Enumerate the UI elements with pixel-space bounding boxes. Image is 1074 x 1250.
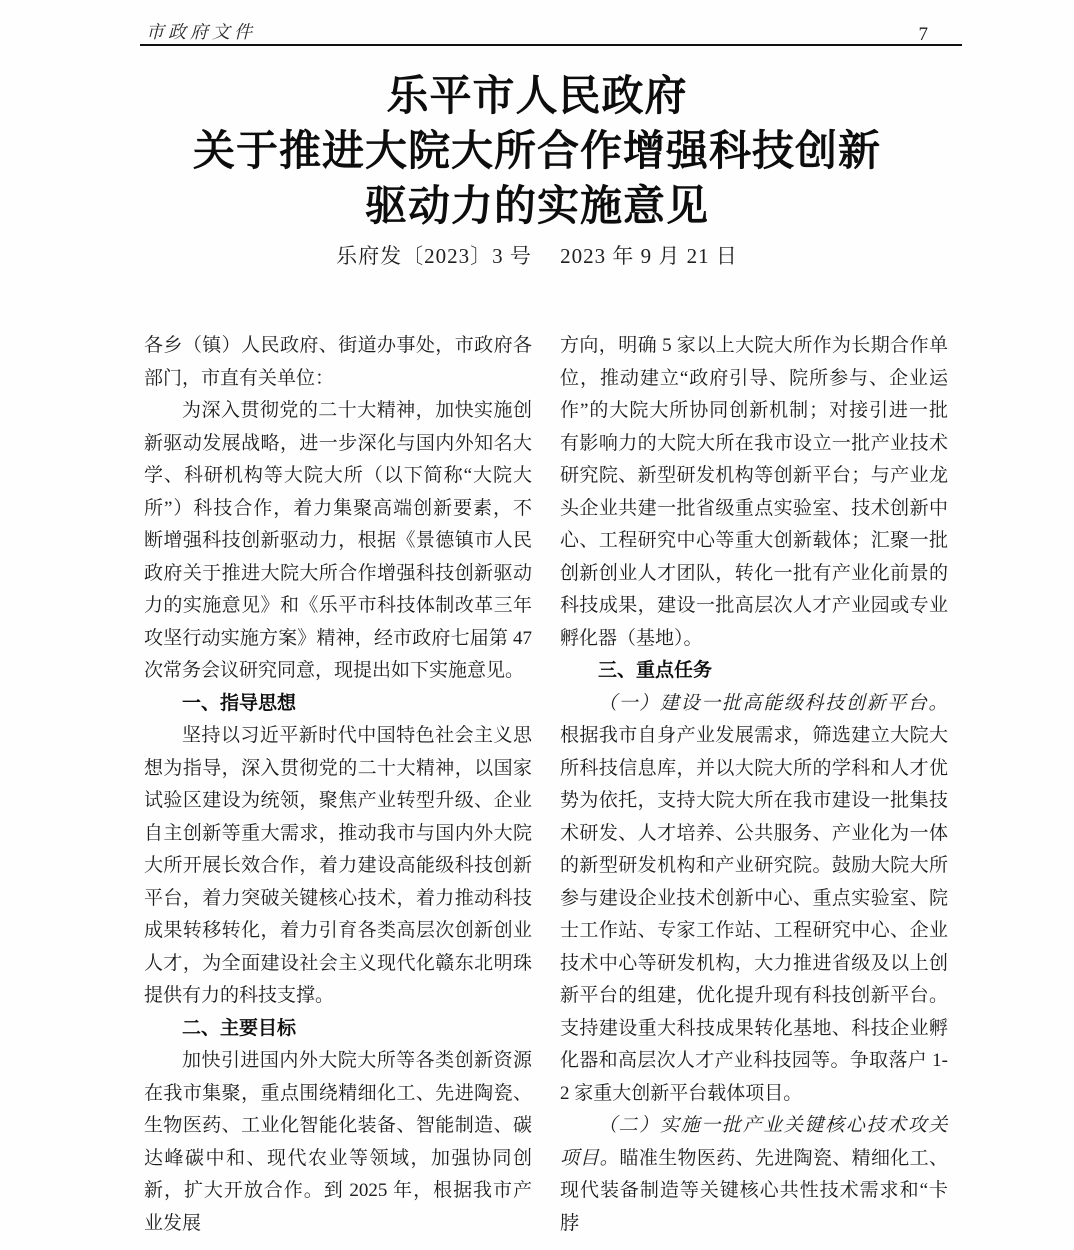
body-column-right: 方向，明确 5 家以上大院大所作为长期合作单位，推动建立“政府引导、院所参与、企…: [560, 330, 948, 1240]
running-header: 市政府文件 7: [140, 14, 962, 48]
item-lead-text: （一）建设一批高能级科技创新平台。: [598, 693, 948, 714]
body-column-left: 各乡（镇）人民政府、街道办事处，市政府各部门，市直有关单位：为深入贯彻党的二十大…: [144, 330, 532, 1240]
header-divider-rule: [140, 44, 962, 46]
section-heading: 一、指导思想: [144, 688, 532, 721]
body-paragraph: 方向，明确 5 家以上大院大所作为长期合作单位，推动建立“政府引导、院所参与、企…: [560, 330, 948, 655]
section-heading: 三、重点任务: [560, 655, 948, 688]
body-paragraph: 加快引进国内外大院大所等各类创新资源在我市集聚，重点围绕精细化工、先进陶瓷、生物…: [144, 1045, 532, 1240]
body-paragraph: 各乡（镇）人民政府、街道办事处，市政府各部门，市直有关单位：: [144, 330, 532, 395]
page-number: 7: [919, 24, 929, 46]
body-paragraph: 坚持以习近平新时代中国特色社会主义思想为指导，深入贯彻党的二十大精神，以国家试验…: [144, 720, 532, 1013]
item-lead-text: （二）实施一批产业关键核心技术攻关项目。: [560, 1115, 948, 1169]
header-category-label: 市政府文件: [146, 18, 256, 44]
title-line: 驱动力的实施意见: [100, 180, 974, 235]
body-paragraph: 为深入贯彻党的二十大精神，加快实施创新驱动发展战略，进一步深化与国内外知名大学、…: [144, 395, 532, 688]
document-page: 市政府文件 7 乐平市人民政府关于推进大院大所合作增强科技创新驱动力的实施意见 …: [0, 0, 1074, 1250]
title-line: 关于推进大院大所合作增强科技创新: [100, 125, 974, 180]
doc-number-and-date: 乐府发〔2023〕3 号 2023 年 9 月 21 日: [100, 240, 974, 270]
title-line: 乐平市人民政府: [100, 70, 974, 125]
scanned-document-page: { "colors": { "page_background": "#fefef…: [0, 0, 1074, 1250]
body-paragraph: （一）建设一批高能级科技创新平台。根据我市自身产业发展需求，筛选建立大院大所科技…: [560, 688, 948, 1111]
document-title: 乐平市人民政府关于推进大院大所合作增强科技创新驱动力的实施意见: [100, 70, 974, 235]
section-heading: 二、主要目标: [144, 1013, 532, 1046]
body-paragraph: （二）实施一批产业关键核心技术攻关项目。瞄准生物医药、先进陶瓷、精细化工、现代装…: [560, 1110, 948, 1240]
